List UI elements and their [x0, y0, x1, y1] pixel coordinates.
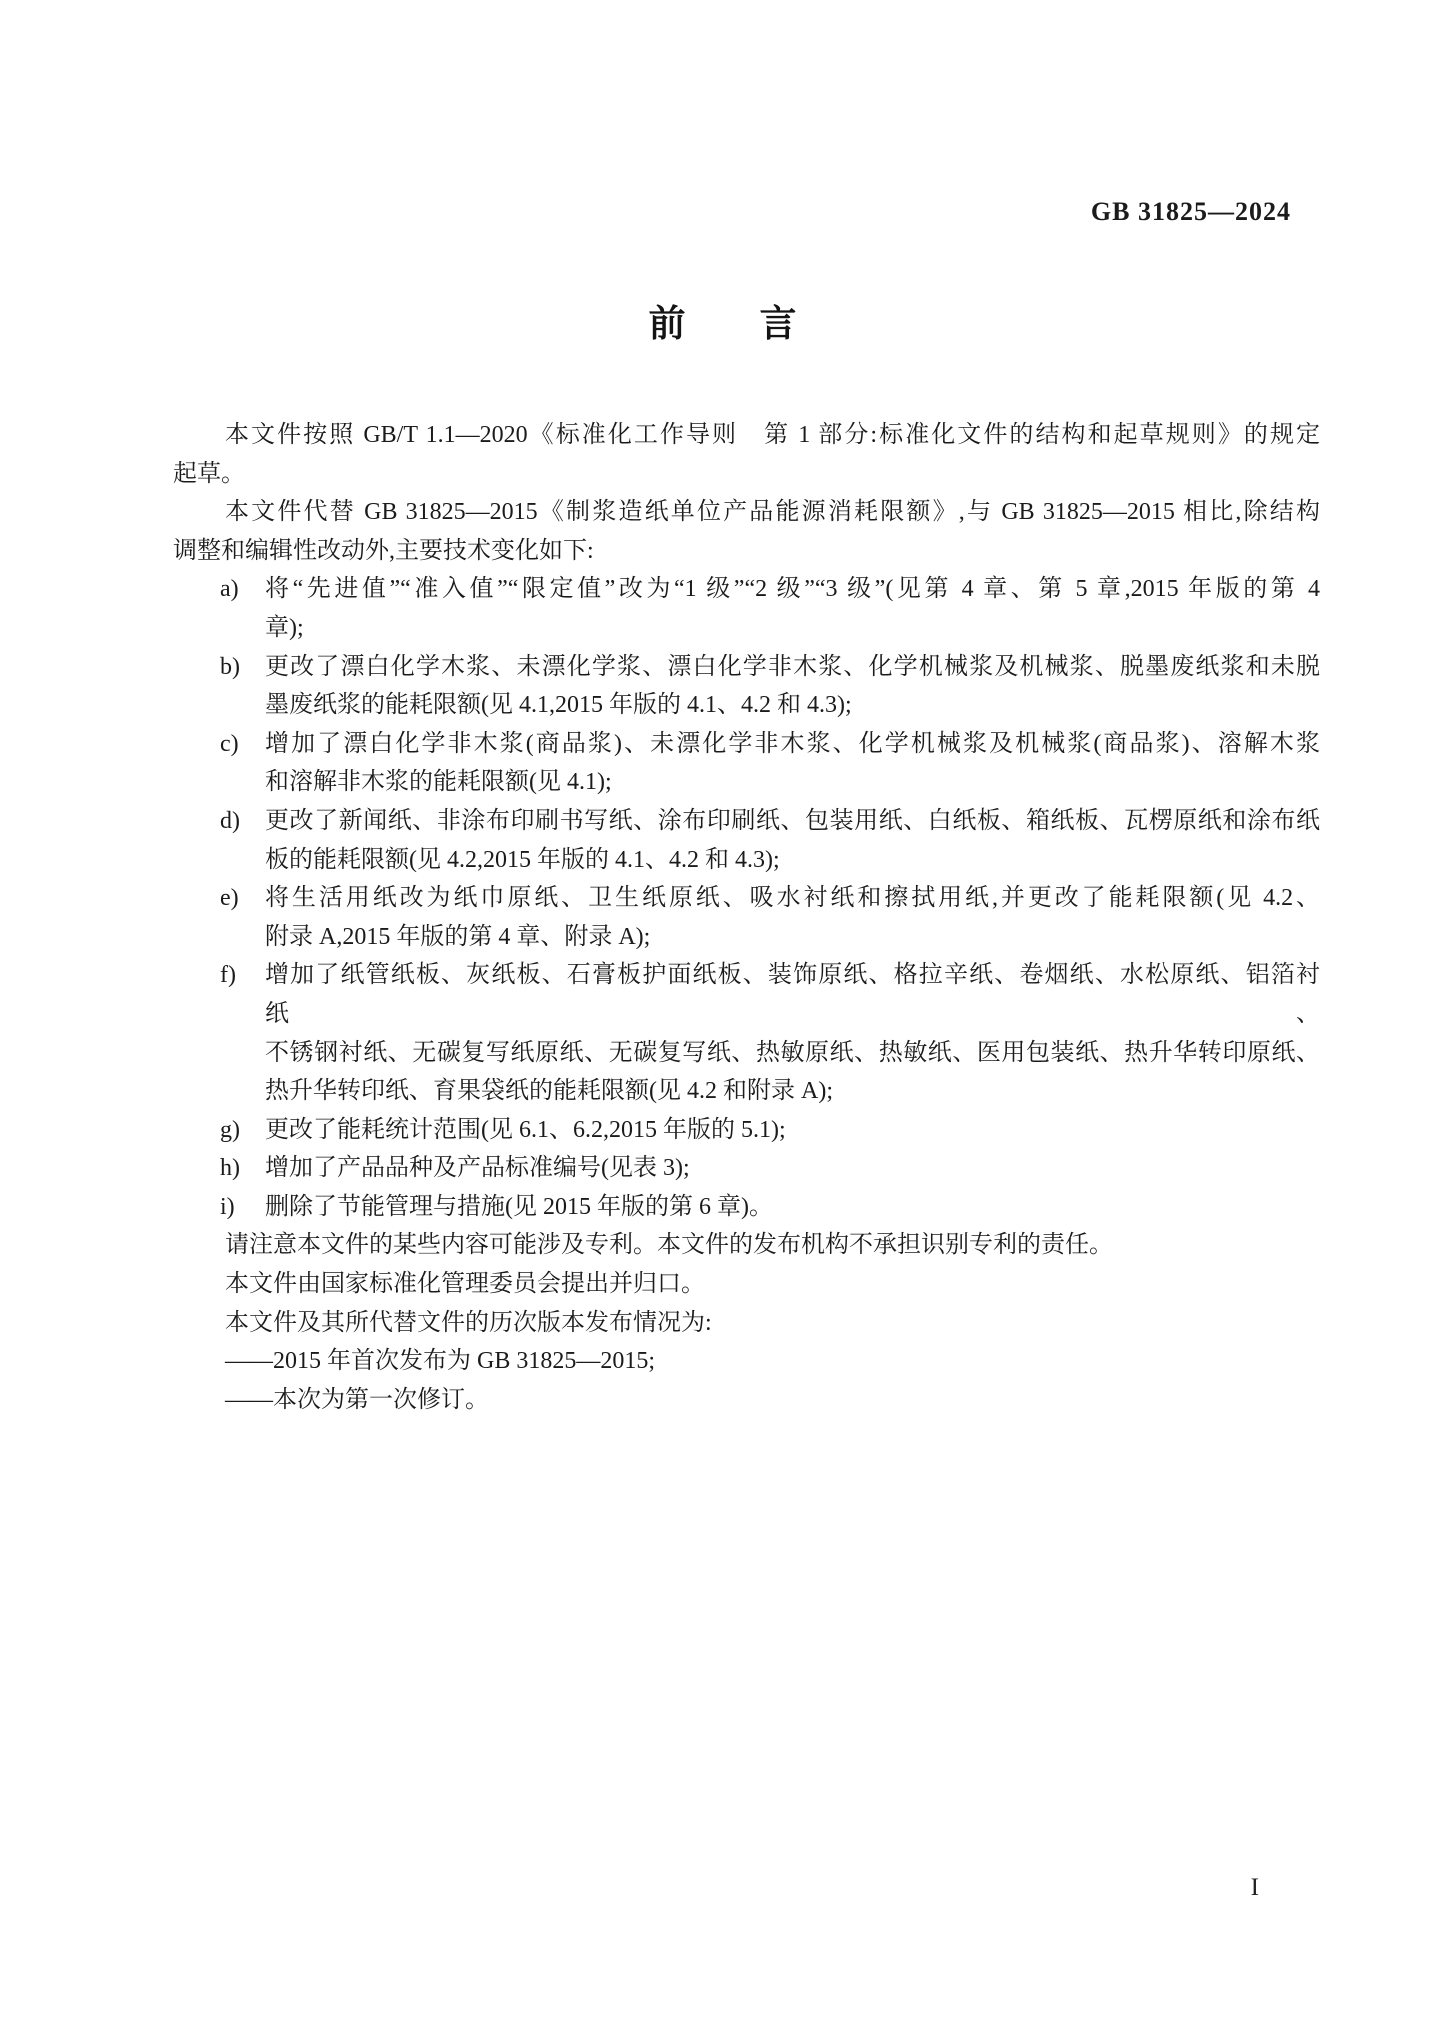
list-item: f)增加了纸管纸板、灰纸板、石膏板护面纸板、装饰原纸、格拉辛纸、卷烟纸、水松原纸…	[173, 956, 1320, 1110]
text-line: d)更改了新闻纸、非涂布印刷书写纸、涂布印刷纸、包装用纸、白纸板、箱纸板、瓦楞原…	[173, 802, 1320, 841]
text-line: 请注意本文件的某些内容可能涉及专利。本文件的发布机构不承担识别专利的责任。	[173, 1226, 1320, 1265]
page-number: I	[1251, 1874, 1259, 1902]
document-page: GB 31825—2024 前 言 本文件按照 GB/T 1.1—2020《标准…	[0, 0, 1445, 2044]
text-line: g)更改了能耗统计范围(见 6.1、6.2,2015 年版的 5.1);	[173, 1111, 1320, 1150]
paragraph: ——本次为第一次修订。	[173, 1381, 1320, 1420]
paragraph: 本文件按照 GB/T 1.1—2020《标准化工作导则 第 1 部分:标准化文件…	[173, 416, 1320, 493]
text-line: 起草。	[173, 455, 1320, 494]
text-line-content: 增加了纸管纸板、灰纸板、石膏板护面纸板、装饰原纸、格拉辛纸、卷烟纸、水松原纸、铝…	[265, 962, 1320, 1027]
header-doc-code: GB 31825—2024	[1091, 197, 1291, 227]
paragraph: 本文件及其所代替文件的历次版本发布情况为:	[173, 1304, 1320, 1343]
list-item: a)将“先进值”“准入值”“限定值”改为“1 级”“2 级”“3 级”(见第 4…	[173, 570, 1320, 647]
text-line: f)增加了纸管纸板、灰纸板、石膏板护面纸板、装饰原纸、格拉辛纸、卷烟纸、水松原纸…	[173, 956, 1320, 1033]
text-line: 调整和编辑性改动外,主要技术变化如下:	[173, 532, 1320, 571]
text-line: 本文件由国家标准化管理委员会提出并归口。	[173, 1265, 1320, 1304]
list-marker: e)	[220, 879, 239, 918]
text-line: h)增加了产品品种及产品标准编号(见表 3);	[173, 1149, 1320, 1188]
paragraph: 请注意本文件的某些内容可能涉及专利。本文件的发布机构不承担识别专利的责任。	[173, 1226, 1320, 1265]
list-marker: d)	[220, 802, 240, 841]
list-item: e)将生活用纸改为纸巾原纸、卫生纸原纸、吸水衬纸和擦拭用纸,并更改了能耗限额(见…	[173, 879, 1320, 956]
text-line: ——本次为第一次修订。	[173, 1381, 1320, 1420]
text-line: 和溶解非木浆的能耗限额(见 4.1);	[173, 763, 1320, 802]
text-line: c)增加了漂白化学非木浆(商品浆)、未漂化学非木浆、化学机械浆及机械浆(商品浆)…	[173, 725, 1320, 764]
paragraph: 本文件代替 GB 31825—2015《制浆造纸单位产品能源消耗限额》,与 GB…	[173, 493, 1320, 570]
text-line-content: 增加了产品品种及产品标准编号(见表 3);	[265, 1155, 690, 1181]
text-line: 不锈钢衬纸、无碳复写纸原纸、无碳复写纸、热敏原纸、热敏纸、医用包装纸、热升华转印…	[173, 1034, 1320, 1073]
text-line: 本文件按照 GB/T 1.1—2020《标准化工作导则 第 1 部分:标准化文件…	[173, 416, 1320, 455]
text-line: e)将生活用纸改为纸巾原纸、卫生纸原纸、吸水衬纸和擦拭用纸,并更改了能耗限额(见…	[173, 879, 1320, 918]
text-line: 章);	[173, 609, 1320, 648]
list-item: d)更改了新闻纸、非涂布印刷书写纸、涂布印刷纸、包装用纸、白纸板、箱纸板、瓦楞原…	[173, 802, 1320, 879]
list-marker: a)	[220, 570, 239, 609]
text-line: 热升华转印纸、育果袋纸的能耗限额(见 4.2 和附录 A);	[173, 1072, 1320, 1111]
text-line: 附录 A,2015 年版的第 4 章、附录 A);	[173, 918, 1320, 957]
text-line: 本文件及其所代替文件的历次版本发布情况为:	[173, 1304, 1320, 1343]
text-line: 板的能耗限额(见 4.2,2015 年版的 4.1、4.2 和 4.3);	[173, 841, 1320, 880]
text-line-content: 将生活用纸改为纸巾原纸、卫生纸原纸、吸水衬纸和擦拭用纸,并更改了能耗限额(见 4…	[265, 885, 1320, 911]
list-marker: b)	[220, 648, 240, 687]
list-marker: g)	[220, 1111, 240, 1150]
text-line-content: 更改了漂白化学木浆、未漂化学浆、漂白化学非木浆、化学机械浆及机械浆、脱墨废纸浆和…	[265, 654, 1320, 680]
list-item: b)更改了漂白化学木浆、未漂化学浆、漂白化学非木浆、化学机械浆及机械浆、脱墨废纸…	[173, 648, 1320, 725]
text-line: b)更改了漂白化学木浆、未漂化学浆、漂白化学非木浆、化学机械浆及机械浆、脱墨废纸…	[173, 648, 1320, 687]
text-line: 墨废纸浆的能耗限额(见 4.1,2015 年版的 4.1、4.2 和 4.3);	[173, 686, 1320, 725]
list-marker: i)	[220, 1188, 235, 1227]
list-marker: f)	[220, 956, 236, 995]
list-item: c)增加了漂白化学非木浆(商品浆)、未漂化学非木浆、化学机械浆及机械浆(商品浆)…	[173, 725, 1320, 802]
text-line: a)将“先进值”“准入值”“限定值”改为“1 级”“2 级”“3 级”(见第 4…	[173, 570, 1320, 609]
text-line-content: 更改了能耗统计范围(见 6.1、6.2,2015 年版的 5.1);	[265, 1117, 786, 1143]
text-line-content: 将“先进值”“准入值”“限定值”改为“1 级”“2 级”“3 级”(见第 4 章…	[265, 576, 1320, 602]
text-line: ——2015 年首次发布为 GB 31825—2015;	[173, 1342, 1320, 1381]
text-line: 本文件代替 GB 31825—2015《制浆造纸单位产品能源消耗限额》,与 GB…	[173, 493, 1320, 532]
list-item: h)增加了产品品种及产品标准编号(见表 3);	[173, 1149, 1320, 1188]
list-item: g)更改了能耗统计范围(见 6.1、6.2,2015 年版的 5.1);	[173, 1111, 1320, 1150]
list-marker: c)	[220, 725, 239, 764]
text-line: i)删除了节能管理与措施(见 2015 年版的第 6 章)。	[173, 1188, 1320, 1227]
document-body: 本文件按照 GB/T 1.1—2020《标准化工作导则 第 1 部分:标准化文件…	[173, 416, 1320, 1419]
text-line-content: 更改了新闻纸、非涂布印刷书写纸、涂布印刷纸、包装用纸、白纸板、箱纸板、瓦楞原纸和…	[265, 808, 1320, 834]
text-line-content: 增加了漂白化学非木浆(商品浆)、未漂化学非木浆、化学机械浆及机械浆(商品浆)、溶…	[265, 731, 1320, 757]
list-marker: h)	[220, 1149, 240, 1188]
paragraph: ——2015 年首次发布为 GB 31825—2015;	[173, 1342, 1320, 1381]
text-line-content: 删除了节能管理与措施(见 2015 年版的第 6 章)。	[265, 1194, 773, 1220]
list-item: i)删除了节能管理与措施(见 2015 年版的第 6 章)。	[173, 1188, 1320, 1227]
paragraph: 本文件由国家标准化管理委员会提出并归口。	[173, 1265, 1320, 1304]
page-title: 前 言	[0, 293, 1445, 347]
